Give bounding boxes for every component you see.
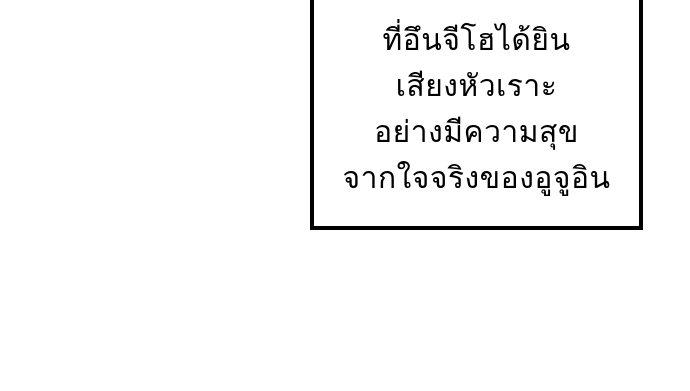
narration-box: ที่อึนจีโฮได้ยิน เสียงหัวเราะ อย่างมีควา… [310, 0, 643, 230]
narration-line: ที่อึนจีโฮได้ยิน [383, 18, 571, 64]
narration-line: จากใจจริงของอูจูอิน [343, 156, 611, 202]
narration-line: อย่างมีความสุข [374, 110, 579, 156]
comic-page-background: ที่อึนจีโฮได้ยิน เสียงหัวเราะ อย่างมีควา… [0, 0, 690, 391]
narration-line: เสียงหัวเราะ [396, 64, 558, 110]
